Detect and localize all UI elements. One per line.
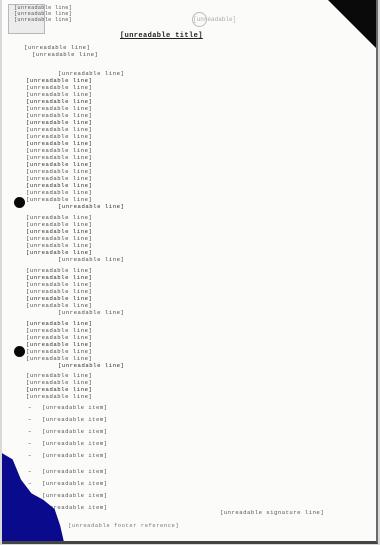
body-line: [unreadable line]	[58, 70, 338, 77]
list-item-text: [unreadable item]	[42, 468, 108, 475]
body-line: [unreadable line]	[58, 362, 338, 369]
body-line: [unreadable line]	[58, 309, 338, 316]
footer-reference: [unreadable footer reference]	[68, 523, 179, 529]
body-line: [unreadable line]	[26, 119, 338, 126]
list-item-text: [unreadable item]	[42, 404, 108, 411]
body-line: [unreadable line]	[26, 112, 338, 119]
list-item: –[unreadable item]	[28, 468, 108, 475]
body-line: [unreadable line]	[26, 105, 338, 112]
body-line: [unreadable line]	[26, 393, 338, 400]
punch-hole	[14, 346, 25, 357]
list-item: –[unreadable item]	[28, 492, 108, 499]
signature: [unreadable signature line]	[220, 509, 324, 516]
body-line: [unreadable line]	[26, 91, 338, 98]
body-line: [unreadable line]	[26, 133, 338, 140]
body-line: [unreadable line]	[58, 256, 338, 263]
list-item-text: [unreadable item]	[42, 428, 108, 435]
page-number-stamp: [unreadable]	[192, 12, 207, 27]
body-line: [unreadable line]	[26, 320, 338, 327]
body-line: [unreadable line]	[26, 196, 338, 203]
list-item-text: [unreadable item]	[42, 452, 108, 459]
body-line: [unreadable line]	[26, 302, 338, 309]
body-line: [unreadable line]	[26, 372, 338, 379]
body-line: [unreadable line]	[26, 288, 338, 295]
list-item: –[unreadable item]	[28, 428, 108, 435]
body-line: [unreadable line]	[26, 214, 338, 221]
body-line: [unreadable line]	[26, 161, 338, 168]
body-line: [unreadable line]	[26, 281, 338, 288]
intro-line: [unreadable line]	[24, 44, 90, 51]
body-line: [unreadable line]	[26, 327, 338, 334]
body-line: [unreadable line]	[26, 348, 338, 355]
body-line: [unreadable line]	[26, 147, 338, 154]
body-line: [unreadable line]	[58, 203, 338, 210]
punch-hole	[14, 197, 25, 208]
body-line: [unreadable line]	[26, 235, 338, 242]
body-line: [unreadable line]	[26, 189, 338, 196]
body-line: [unreadable line]	[26, 274, 338, 281]
body-line: [unreadable line]	[26, 154, 338, 161]
list-item: –[unreadable item]	[28, 452, 108, 459]
body-line: [unreadable line]	[26, 168, 338, 175]
body-line: [unreadable line]	[26, 175, 338, 182]
list-item-text: [unreadable item]	[42, 416, 108, 423]
body-line: [unreadable line]	[26, 341, 338, 348]
body-line: [unreadable line]	[26, 242, 338, 249]
body-line: [unreadable line]	[26, 182, 338, 189]
list-dash: –	[28, 440, 42, 447]
body-line: [unreadable line]	[26, 126, 338, 133]
header-line: [unreadable line]	[14, 17, 72, 23]
document-page: [unreadable line] [unreadable line] [unr…	[2, 0, 378, 544]
body-line: [unreadable line]	[26, 77, 338, 84]
body-line: [unreadable line]	[26, 379, 338, 386]
body-line: [unreadable line]	[26, 84, 338, 91]
list-item-text: [unreadable item]	[42, 492, 108, 499]
list-item: –[unreadable item]	[28, 404, 108, 411]
list-dash: –	[28, 404, 42, 411]
list-item: –[unreadable item]	[28, 416, 108, 423]
list-dash: –	[28, 452, 42, 459]
body-line: [unreadable line]	[26, 386, 338, 393]
organization-header: [unreadable line] [unreadable line] [unr…	[14, 5, 72, 24]
list-item-text: [unreadable item]	[42, 440, 108, 447]
body-line: [unreadable line]	[26, 295, 338, 302]
body-line: [unreadable line]	[26, 221, 338, 228]
body-line: [unreadable line]	[26, 249, 338, 256]
list-dash: –	[28, 416, 42, 423]
folded-corner	[326, 0, 378, 50]
list-item: –[unreadable item]	[28, 480, 108, 487]
list-dash: –	[28, 428, 42, 435]
body-line: [unreadable line]	[26, 228, 338, 235]
list-dash: –	[28, 480, 42, 487]
list-item-text: [unreadable item]	[42, 480, 108, 487]
intro-line: [unreadable line]	[32, 51, 98, 58]
body-line: [unreadable line]	[26, 334, 338, 341]
body-line: [unreadable line]	[26, 98, 338, 105]
document-title: [unreadable title]	[120, 32, 203, 40]
list-item: –[unreadable item]	[28, 440, 108, 447]
body-line: [unreadable line]	[26, 140, 338, 147]
body-line: [unreadable line]	[26, 355, 338, 362]
body-line: [unreadable line]	[26, 267, 338, 274]
list-dash: –	[28, 468, 42, 475]
